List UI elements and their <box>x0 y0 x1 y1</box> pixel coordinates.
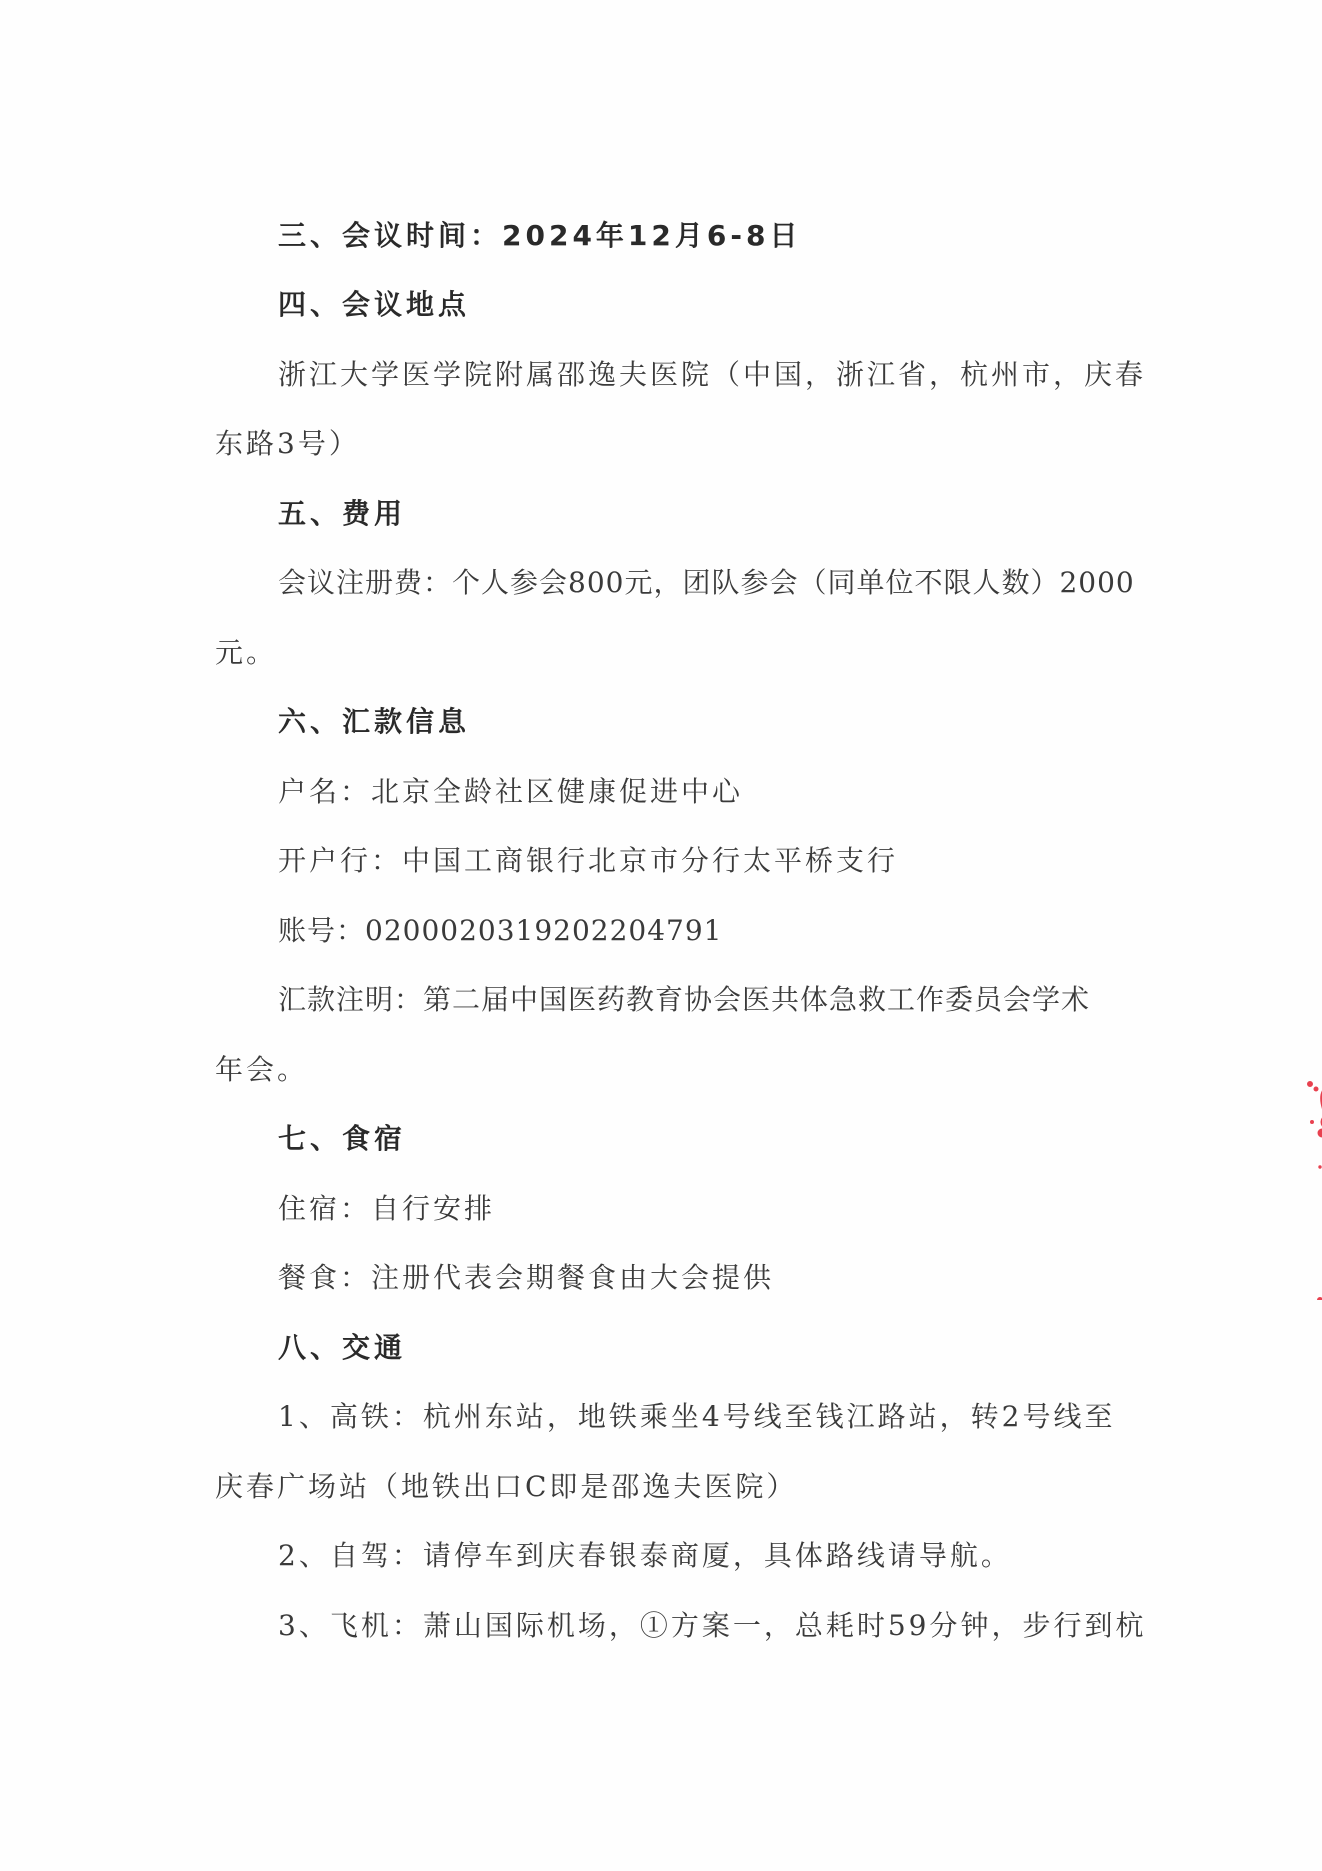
venue-address-line-2: 东路3号） <box>215 426 1145 462</box>
transport-train-line-1: 1、高铁：杭州东站，地铁乘坐4号线至钱江路站，转2号线至 <box>278 1399 1208 1435</box>
lodging-info: 住宿：自行安排 <box>278 1191 1208 1227</box>
remittance-note-line-2: 年会。 <box>215 1052 1145 1088</box>
section-heading-fees: 五、费用 <box>278 496 1208 532</box>
fees-line-1: 会议注册费：个人参会800元，团队参会（同单位不限人数）2000 <box>278 565 1208 601</box>
transport-flight-line-1: 3、飞机：萧山国际机场，①方案一，总耗时59分钟，步行到杭 <box>278 1608 1208 1644</box>
account-name: 户名：北京全龄社区健康促进中心 <box>278 774 1208 810</box>
transport-train-line-2: 庆春广场站（地铁出口C即是邵逸夫医院） <box>215 1469 1145 1505</box>
account-number: 账号：0200020319202204791 <box>278 913 1208 949</box>
section-heading-food-lodging: 七、食宿 <box>278 1121 1208 1157</box>
bank-name: 开户行：中国工商银行北京市分行太平桥支行 <box>278 843 1208 879</box>
document-page: 三、会议时间：2024年12月6-8日 四、会议地点 浙江大学医学院附属邵逸夫医… <box>0 0 1322 1871</box>
transport-drive: 2、自驾：请停车到庆春银泰商厦，具体路线请导航。 <box>278 1538 1208 1574</box>
official-seal-fragment-icon <box>1272 1060 1322 1300</box>
fees-line-2: 元。 <box>215 635 1145 671</box>
meals-info: 餐食：注册代表会期餐食由大会提供 <box>278 1260 1208 1296</box>
section-heading-transport: 八、交通 <box>278 1330 1208 1366</box>
section-heading-meeting-time: 三、会议时间：2024年12月6-8日 <box>278 218 1208 254</box>
section-heading-meeting-venue: 四、会议地点 <box>278 287 1208 323</box>
remittance-note-line-1: 汇款注明：第二届中国医药教育协会医共体急救工作委员会学术 <box>278 982 1208 1018</box>
venue-address-line-1: 浙江大学医学院附属邵逸夫医院（中国，浙江省，杭州市，庆春 <box>278 357 1208 393</box>
section-heading-remittance: 六、汇款信息 <box>278 704 1208 740</box>
